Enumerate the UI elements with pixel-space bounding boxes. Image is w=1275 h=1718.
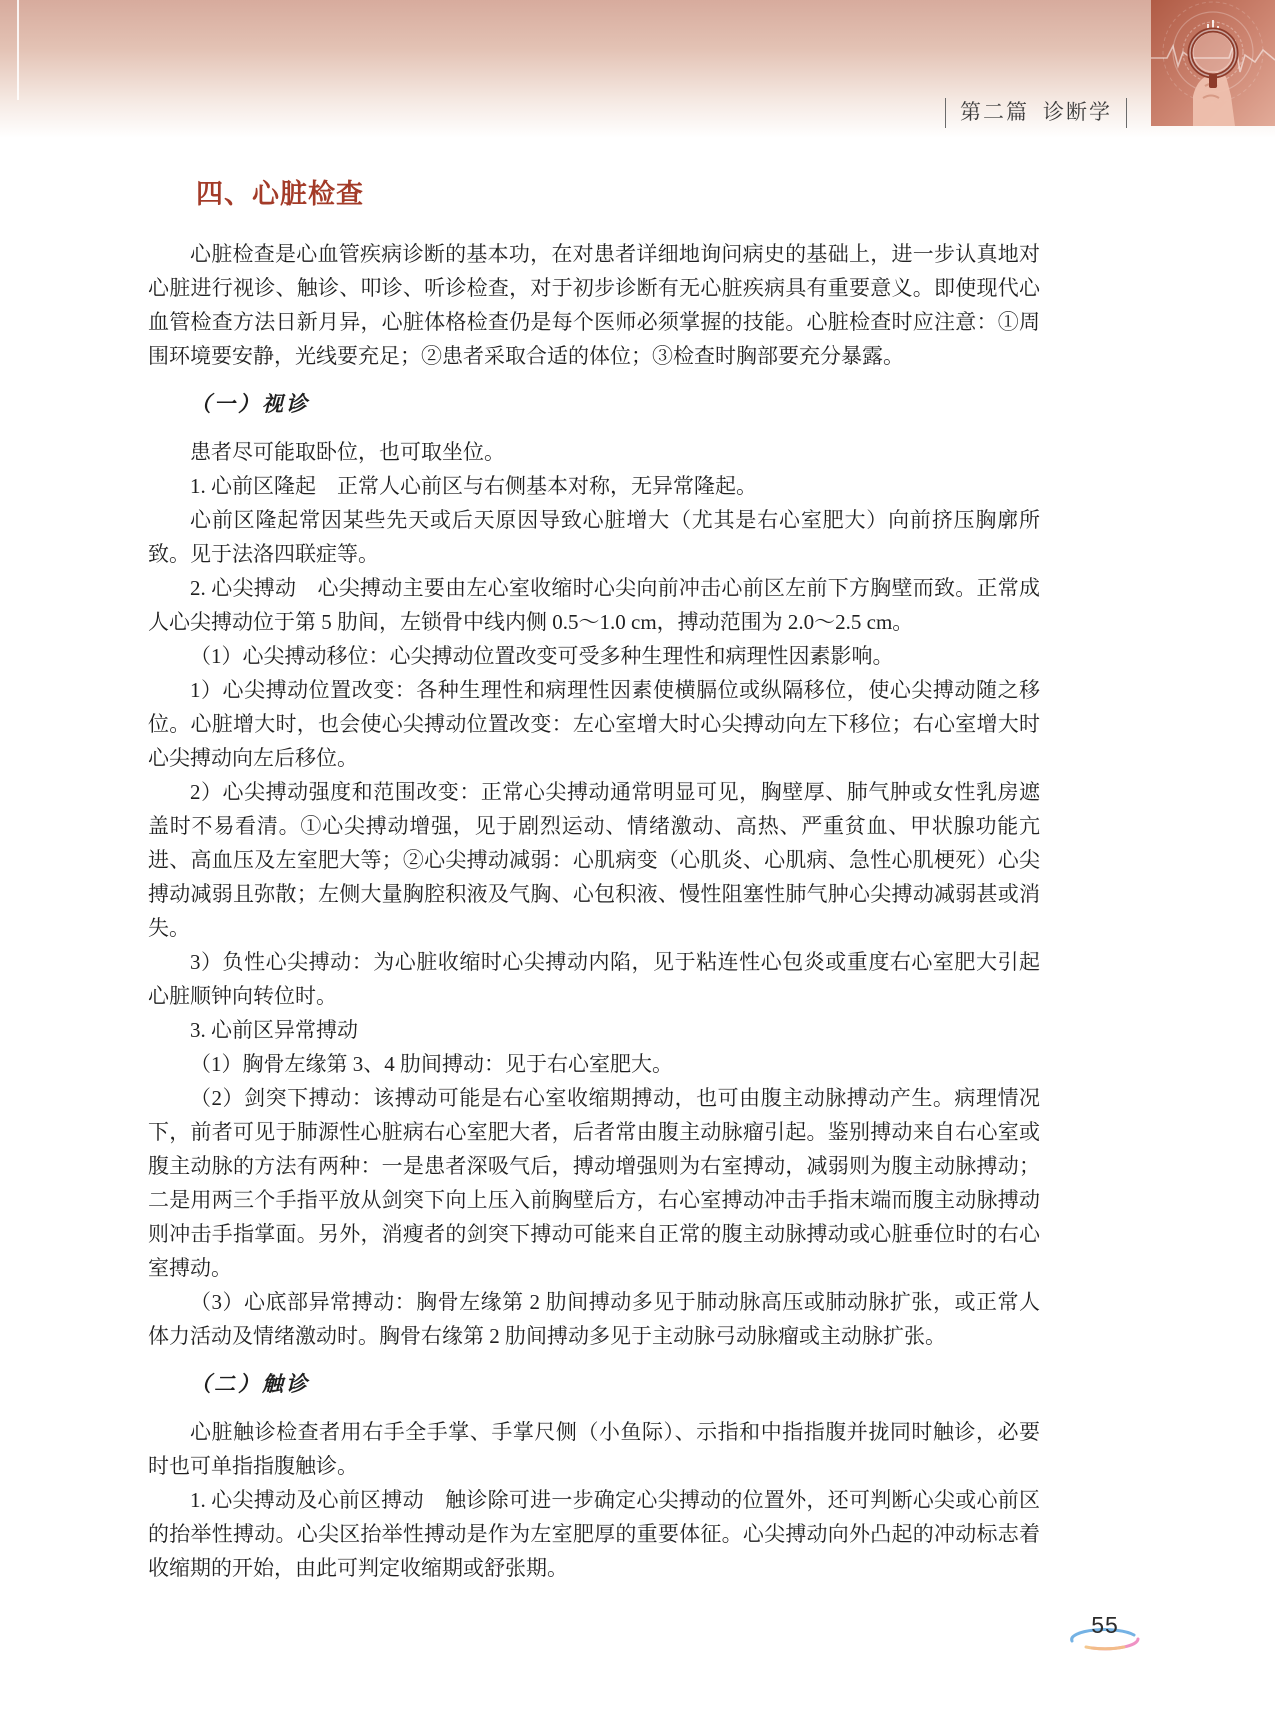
left-hairline-divider xyxy=(17,0,19,100)
paragraph: 1. 心尖搏动及心前区搏动 触诊除可进一步确定心尖搏动的位置外，还可判断心尖或心… xyxy=(148,1483,1040,1585)
running-header: 第二篇 诊断学 xyxy=(945,98,1127,128)
subsection-inspection: （一）视诊 xyxy=(148,387,1040,421)
paragraph: 心脏触诊检查者用右手全手掌、手掌尺侧（小鱼际）、示指和中指指腹并拢同时触诊，必要… xyxy=(148,1415,1040,1483)
page-number-area: 55 xyxy=(1062,1612,1148,1660)
paragraph: 心前区隆起常因某些先天或后天原因导致心脏增大（尤其是右心室肥大）向前挤压胸廓所致… xyxy=(148,503,1040,571)
paragraph: （2）剑突下搏动：该搏动可能是右心室收缩期搏动，也可由腹主动脉搏动产生。病理情况… xyxy=(148,1081,1040,1285)
paragraph-apex-beat: 2. 心尖搏动 心尖搏动主要由左心室收缩时心尖向前冲击心前区左前下方胸壁而致。正… xyxy=(148,571,1040,639)
paragraph: （3）心底部异常搏动：胸骨左缘第 2 肋间搏动多见于肺动脉高压或肺动脉扩张，或正… xyxy=(148,1285,1040,1353)
book-page: 第二篇 诊断学 四、心脏检查 心脏检查是心血管疾病诊断的基本功，在对患者详细地询… xyxy=(0,0,1275,1718)
paragraph: 患者尽可能取卧位，也可取坐位。 xyxy=(148,435,1040,469)
content-column: 四、心脏检查 心脏检查是心血管疾病诊断的基本功，在对患者详细地询问病史的基础上，… xyxy=(148,172,1040,1585)
paragraph-precordial-bulge: 1. 心前区隆起 正常人心前区与右侧基本对称，无异常隆起。 xyxy=(148,469,1040,503)
paragraph: （1）心尖搏动移位：心尖搏动位置改变可受多种生理性和病理性因素影响。 xyxy=(148,639,1040,673)
subject-label: 诊断学 xyxy=(1043,100,1112,126)
page-number: 55 xyxy=(1062,1612,1148,1639)
section-title: 四、心脏检查 xyxy=(196,172,1040,211)
paragraph-intro: 心脏检查是心血管疾病诊断的基本功，在对患者详细地询问病史的基础上，进一步认真地对… xyxy=(148,237,1040,373)
part-label: 第二篇 xyxy=(960,100,1029,126)
paragraph-abnormal-pulsation: 3. 心前区异常搏动 xyxy=(148,1013,1040,1047)
paragraph: 3）负性心尖搏动：为心脏收缩时心尖搏动内陷，见于粘连性心包炎或重度右心室肥大引起… xyxy=(148,945,1040,1013)
subsection-palpation: （二）触诊 xyxy=(148,1367,1040,1401)
paragraph: （1）胸骨左缘第 3、4 肋间搏动：见于右心室肥大。 xyxy=(148,1047,1040,1081)
paragraph: 1）心尖搏动位置改变：各种生理性和病理性因素使横膈位或纵隔移位，使心尖搏动随之移… xyxy=(148,673,1040,775)
paragraph: 2）心尖搏动强度和范围改变：正常心尖搏动通常明显可见，胸壁厚、肺气肿或女性乳房遮… xyxy=(148,775,1040,945)
magnifier-ecg-photo-icon xyxy=(1151,0,1275,126)
